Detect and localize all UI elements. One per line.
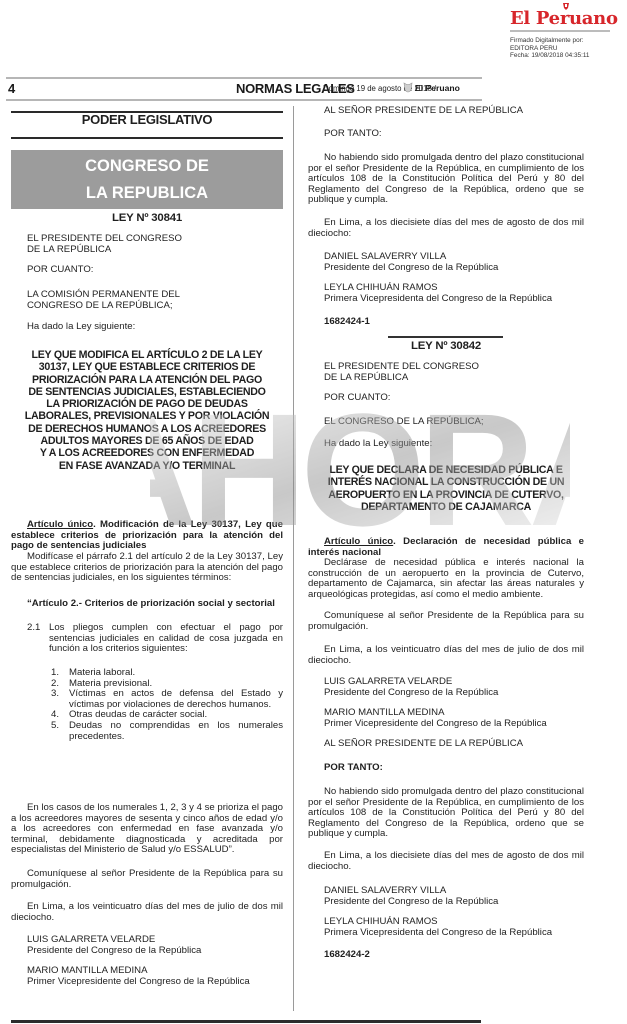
commission: LA COMISIÓN PERMANENTE DEL CONGRESO DE L… (11, 290, 283, 311)
law-title-line: DE SENTENCIAS JUDICIALES, ESTABLECIENDO (18, 386, 276, 398)
article-heading: Artículo único. Modificación de la Ley 3… (11, 520, 283, 552)
commission-line: CONGRESO DE LA REPÚBLICA; (27, 301, 283, 312)
signature-date: Fecha: 19/08/2018 04:35:11 (510, 52, 627, 60)
right-column: AL SEÑOR PRESIDENTE DE LA REPÚBLICA POR … (308, 103, 584, 1020)
signer: MARIO MANTILLA MEDINA Primer Vicepreside… (308, 708, 584, 729)
issuer-line: DE LA REPÚBLICA (27, 245, 283, 256)
institution-line: CONGRESO DE (11, 153, 283, 180)
law-title-line: 30137, LEY QUE ESTABLECE CRITERIOS DE (18, 361, 276, 373)
signer: DANIEL SALAVERRY VILLA Presidente del Co… (308, 252, 584, 273)
header-rule-bottom (6, 99, 482, 101)
law-title-line: INTERÉS NACIONAL LA CONSTRUCCIÓN DE UN (315, 476, 577, 488)
paragraph-number: 2.1 (27, 623, 40, 634)
law-number: LEY Nº 30842 (308, 341, 584, 352)
signer-role: Primer Vicepresidente del Congreso de la… (324, 719, 584, 730)
law-title-line: DE DERECHOS HUMANOS A LOS ACREEDORES (18, 423, 276, 435)
law-title-line: LA PRIORIZACIÓN DE PAGO DE DEUDAS (18, 398, 276, 410)
criteria-text: Deudas no comprendidas en los numerales … (69, 720, 283, 742)
signer: LUIS GALARRETA VELARDE Presidente del Co… (11, 935, 283, 956)
date-place: En Lima, a los diecisiete días del mes d… (308, 218, 584, 239)
por-cuanto: POR CUANTO: (11, 265, 283, 276)
left-column: PODER LEGISLATIVO CONGRESO DE LA REPUBLI… (11, 103, 283, 1020)
signer: LUIS GALARRETA VELARDE Presidente del Co… (308, 677, 584, 698)
paragraph-2-1: 2.1 Los pliegos cumplen con efectuar el … (11, 623, 283, 655)
brand-block: El Peruano Firmado Digitalmente por: EDI… (510, 3, 627, 60)
signer: LEYLA CHIHUÁN RAMOS Primera Vicepresiden… (308, 917, 584, 938)
law-title-line: ADULTOS MAYORES DE 65 AÑOS DE EDAD (18, 435, 276, 447)
page-bottom-rule (11, 1020, 481, 1023)
section-rule (11, 137, 283, 139)
page-number: 4 (8, 81, 15, 96)
signer-role: Primer Vicepresidente del Congreso de la… (27, 977, 283, 988)
por-tanto: POR TANTO: (308, 129, 584, 140)
publication-code: 1682424-2 (308, 950, 584, 961)
quoted-article-heading: “Artículo 2.- Criterios de priorización … (11, 599, 283, 610)
header-rule-top (6, 77, 482, 79)
law-title-line: Y A LOS ACREEDORES CON ENFERMEDAD (18, 447, 276, 459)
signer: DANIEL SALAVERRY VILLA Presidente del Co… (308, 886, 584, 907)
signer-name: LEYLA CHIHUÁN RAMOS (324, 283, 584, 294)
law-title-line: DEPARTAMENTO DE CAJAMARCA (315, 501, 577, 513)
law-title: LEY QUE MODIFICA EL ARTÍCULO 2 DE LA LEY… (18, 349, 276, 472)
por-tanto: POR TANTO: (308, 763, 584, 774)
article-body: Declárase de necesidad pública e interés… (308, 558, 584, 600)
issuer: EL PRESIDENTE DEL CONGRESO DE LA REPÚBLI… (11, 234, 283, 255)
signer: LEYLA CHIHUÁN RAMOS Primera Vicepresiden… (308, 283, 584, 304)
column-divider (293, 106, 294, 1011)
issuer-line: DE LA REPÚBLICA (324, 373, 584, 384)
signer-role: Primera Vicepresidenta del Congreso de l… (324, 928, 584, 939)
brand-name: El Peruano (510, 8, 618, 29)
criteria-text: Víctimas en actos de defensa del Estado … (69, 688, 283, 710)
por-cuanto: POR CUANTO: (308, 393, 584, 404)
article-label: Artículo único (324, 536, 393, 547)
criteria-item: 3.Víctimas en actos de defensa del Estad… (51, 689, 283, 710)
article-label: Artículo único (27, 519, 93, 530)
signer-name: MARIO MANTILLA MEDINA (324, 708, 584, 719)
article-heading: Artículo único. Declaración de necesidad… (308, 537, 584, 558)
addressee: AL SEÑOR PRESIDENTE DE LA REPÚBLICA (308, 739, 584, 750)
law-title-line: LEY QUE DECLARA DE NECESIDAD PÚBLICA E (315, 464, 577, 476)
separator-rule (388, 336, 503, 338)
signer: MARIO MANTILLA MEDINA Primer Vicepreside… (11, 966, 283, 987)
signer-role: Primera Vicepresidenta del Congreso de l… (324, 294, 584, 305)
criteria-text: Materia laboral. (69, 667, 135, 678)
law-title: LEY QUE DECLARA DE NECESIDAD PÚBLICA EIN… (315, 464, 577, 513)
institution-banner: CONGRESO DE LA REPUBLICA (11, 150, 283, 209)
law-title-line: EN FASE AVANZADA Y/O TERMINAL (18, 460, 276, 472)
criteria-list: 1.Materia laboral.2.Materia previsional.… (11, 668, 283, 742)
coat-of-arms-icon (403, 82, 413, 94)
signature-label: Firmado Digitalmente por: (510, 37, 627, 45)
promulgation-paragraph: No habiendo sido promulgada dentro del p… (308, 153, 584, 206)
signature-entity: EDITORA PERU (510, 45, 627, 53)
date-place: En Lima, a los veinticuatro días del mes… (308, 645, 584, 666)
signer-role: Presidente del Congreso de la República (324, 688, 584, 699)
comuniquese: Comuníquese al señor Presidente de la Re… (308, 611, 584, 632)
comuniquese: Comuníquese al señor Presidente de la Re… (11, 869, 283, 890)
issuer-line: EL PRESIDENTE DEL CONGRESO (27, 234, 283, 245)
brand-tagline (510, 30, 610, 32)
criteria-number: 3. (51, 689, 59, 700)
criteria-number: 5. (51, 721, 59, 732)
promulgation-paragraph: No habiendo sido promulgada dentro del p… (308, 787, 584, 840)
priority-paragraph: En los casos de los numerales 1, 2, 3 y … (11, 803, 283, 856)
signer-role: Presidente del Congreso de la República (324, 263, 584, 274)
addressee: AL SEÑOR PRESIDENTE DE LA REPÚBLICA (308, 106, 584, 117)
signer-name: LUIS GALARRETA VELARDE (324, 677, 584, 688)
law-title-line: LEY QUE MODIFICA EL ARTÍCULO 2 DE LA LEY (18, 349, 276, 361)
issuer: EL PRESIDENTE DEL CONGRESO DE LA REPÚBLI… (308, 362, 584, 383)
coat-of-arms-icon (562, 3, 570, 10)
ha-dado: Ha dado la Ley siguiente: (308, 439, 584, 450)
congress: EL CONGRESO DE LA REPÚBLICA; (308, 417, 584, 428)
signer-name: LUIS GALARRETA VELARDE (27, 935, 283, 946)
header-paper-name: El Peruano (415, 83, 460, 93)
date-place: En Lima, a los diecisiete días del mes d… (308, 851, 584, 872)
law-title-line: LABORALES, PREVISIONALES Y POR VIOLACIÓN (18, 410, 276, 422)
date-place: En Lima, a los veinticuatro días del mes… (11, 902, 283, 923)
signer-role: Presidente del Congreso de la República (324, 897, 584, 908)
law-number: LEY Nº 30841 (11, 213, 283, 224)
signer-role: Presidente del Congreso de la República (27, 946, 283, 957)
el-peruano-logo: El Peruano (510, 3, 627, 29)
paragraph-text: Los pliegos cumplen con efectuar el pago… (49, 622, 283, 654)
digital-signature: Firmado Digitalmente por: EDITORA PERU F… (510, 37, 627, 60)
signer-name: LEYLA CHIHUÁN RAMOS (324, 917, 584, 928)
issuer-line: EL PRESIDENTE DEL CONGRESO (324, 362, 584, 373)
publication-code: 1682424-1 (308, 317, 584, 328)
law-title-line: AEROPUERTO EN LA PROVINCIA DE CUTERVO, (315, 489, 577, 501)
signer-name: DANIEL SALAVERRY VILLA (324, 252, 584, 263)
criteria-text: Materia previsional. (69, 678, 152, 689)
ha-dado: Ha dado la Ley siguiente: (11, 322, 283, 333)
section-heading: PODER LEGISLATIVO (11, 115, 283, 126)
signer-name: MARIO MANTILLA MEDINA (27, 966, 283, 977)
article-body: Modifícase el párrafo 2.1 del artículo 2… (11, 552, 283, 584)
signer-name: DANIEL SALAVERRY VILLA (324, 886, 584, 897)
criteria-item: 5.Deudas no comprendidas en los numerale… (51, 721, 283, 742)
institution-line: LA REPUBLICA (11, 180, 283, 207)
law-title-line: PRIORIZACIÓN PARA LA ATENCIÓN DEL PAGO (18, 374, 276, 386)
criteria-number: 1. (51, 668, 59, 679)
commission-line: LA COMISIÓN PERMANENTE DEL (27, 290, 283, 301)
criteria-text: Otras deudas de carácter social. (69, 709, 207, 720)
